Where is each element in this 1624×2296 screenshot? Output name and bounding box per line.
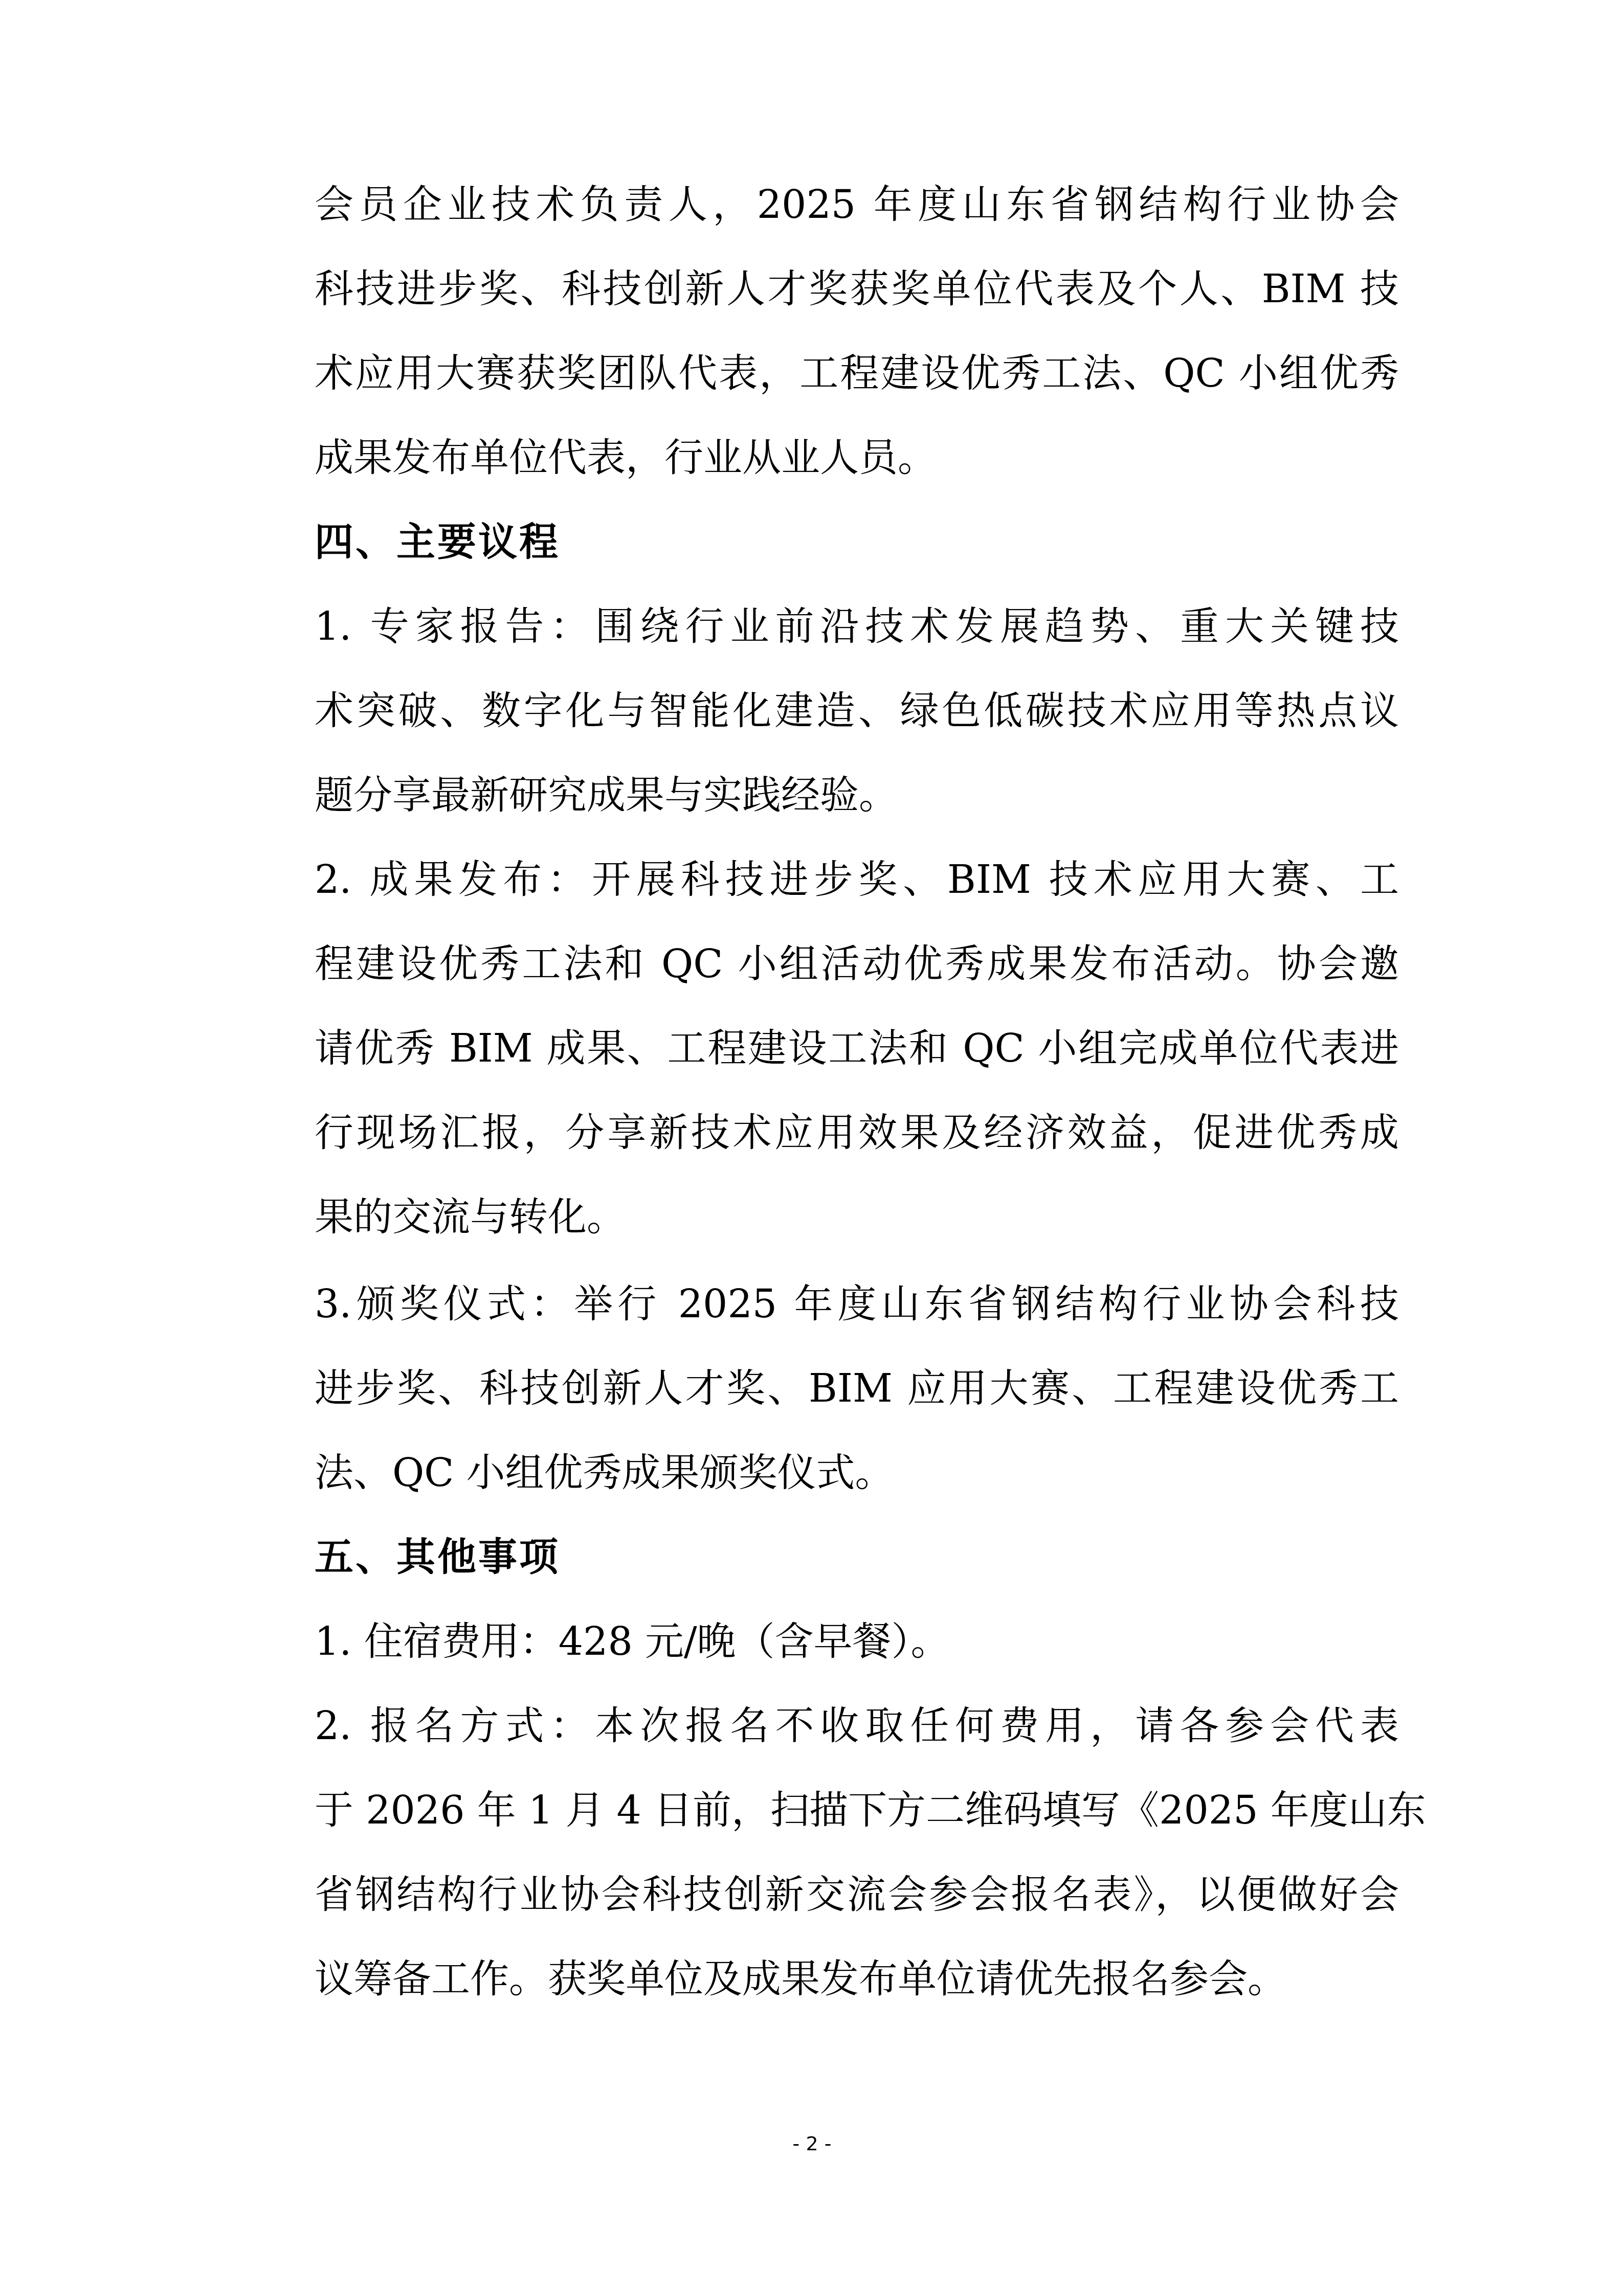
other-item-registration: 2. 报名方式：本次报名不收取任何费用，请各参会代表 [315, 1695, 1399, 1757]
other-item-accommodation: 1. 住宿费用：428 元/晚（含早餐）。 [315, 1611, 1399, 1672]
body-line: 法、QC 小组优秀成果颁奖仪式。 [315, 1442, 1399, 1503]
body-line: 请优秀 BIM 成果、工程建设工法和 QC 小组完成单位代表进 [315, 1018, 1399, 1079]
body-line: 会员企业技术负责人，2025 年度山东省钢结构行业协会 [315, 174, 1399, 235]
body-line: 于 2026 年 1 月 4 日前，扫描下方二维码填写《2025 年度山东 [315, 1780, 1399, 1841]
agenda-item-results-release: 2. 成果发布：开展科技进步奖、BIM 技术应用大赛、工 [315, 849, 1399, 910]
body-line: 成果发布单位代表，行业从业人员。 [315, 427, 1399, 488]
body-line: 行现场汇报，分享新技术应用效果及经济效益，促进优秀成 [315, 1102, 1399, 1163]
body-line: 术应用大赛获奖团队代表，工程建设优秀工法、QC 小组优秀 [315, 343, 1399, 404]
body-line: 进步奖、科技创新人才奖、BIM 应用大赛、工程建设优秀工 [315, 1358, 1399, 1419]
body-line: 程建设优秀工法和 QC 小组活动优秀成果发布活动。协会邀 [315, 933, 1399, 995]
agenda-item-expert-report: 1. 专家报告：围绕行业前沿技术发展趋势、重大关键技 [315, 596, 1399, 657]
body-line: 术突破、数字化与智能化建造、绿色低碳技术应用等热点议 [315, 680, 1399, 741]
body-line: 议筹备工作。获奖单位及成果发布单位请优先报名参会。 [315, 1948, 1399, 2010]
page-number: - 2 - [0, 2132, 1624, 2155]
body-line: 科技进步奖、科技创新人才奖获奖单位代表及个人、BIM 技 [315, 258, 1399, 320]
body-line: 省钢结构行业协会科技创新交流会参会报名表》，以便做好会 [315, 1864, 1399, 1925]
agenda-item-award-ceremony: 3.颁奖仪式：举行 2025 年度山东省钢结构行业协会科技 [315, 1273, 1399, 1335]
document-page: 会员企业技术负责人，2025 年度山东省钢结构行业协会 科技进步奖、科技创新人才… [0, 0, 1624, 2296]
body-line: 题分享最新研究成果与实践经验。 [315, 764, 1399, 826]
body-line: 果的交流与转化。 [315, 1186, 1399, 1248]
section-heading-other-matters: 五、其他事项 [315, 1526, 560, 1588]
section-heading-agenda: 四、主要议程 [315, 511, 560, 573]
